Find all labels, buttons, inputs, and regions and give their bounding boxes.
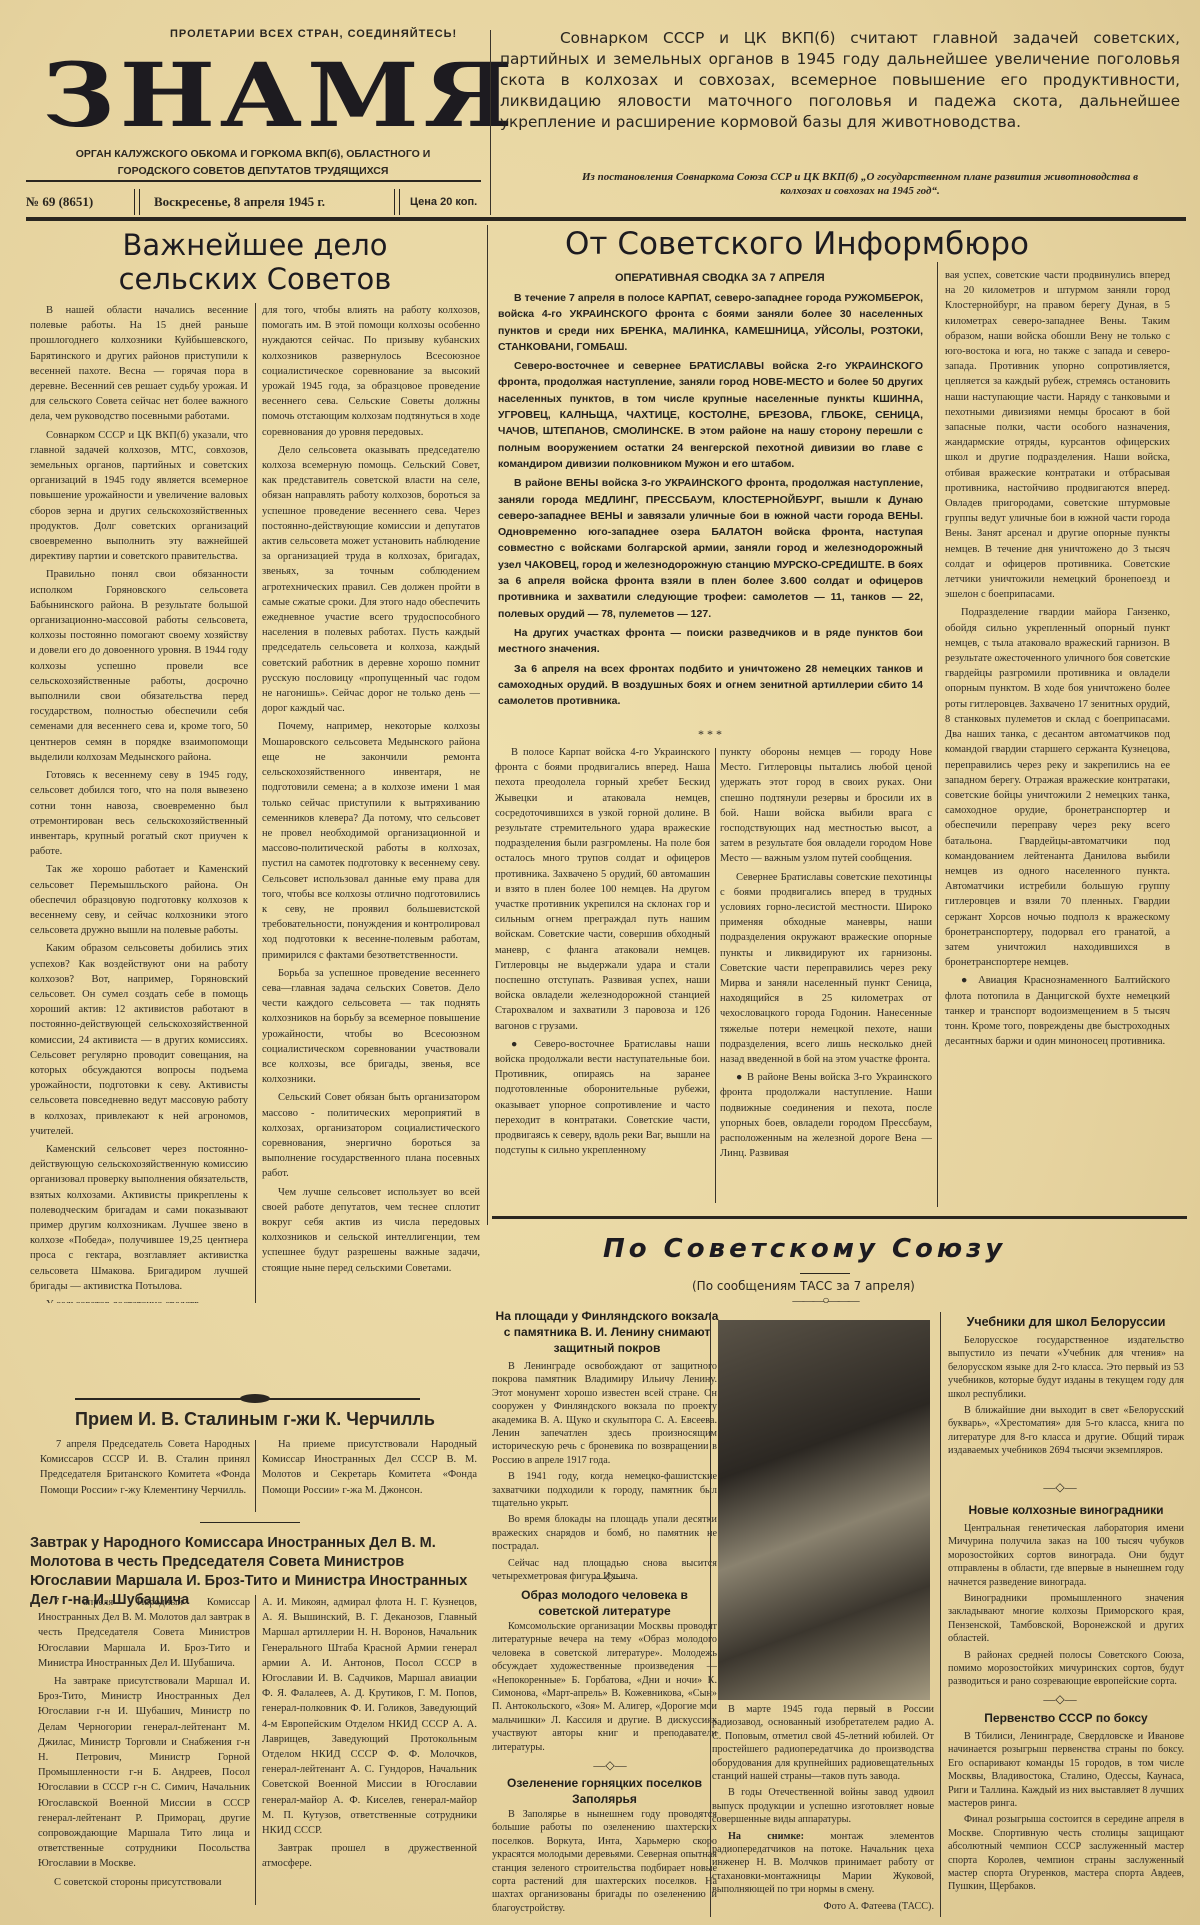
- paragraph: У сельсоветов достаточно средств: [30, 1297, 248, 1303]
- masthead-motto: ПРОЛЕТАРИИ ВСЕХ СТРАН, СОЕДИНЯЙТЕСЬ!: [170, 28, 457, 40]
- divider: [134, 189, 140, 215]
- paragraph: Каменский сельсовет через постоянно-дейс…: [30, 1142, 248, 1294]
- paragraph: В марте 1945 года первый в России радиоз…: [712, 1703, 934, 1783]
- editorial-title-line2: сельских Советов: [119, 262, 392, 296]
- youth-literature-text: Комсомольские организации Москвы проводя…: [492, 1620, 717, 1757]
- paragraph: Почему, например, некоторые колхозы Моша…: [262, 719, 480, 962]
- paragraph: В Заполярье в нынешнем году проводятся б…: [492, 1808, 717, 1915]
- arctic-greening-title: Озеленение горняцких поселков Заполярья: [492, 1775, 717, 1807]
- sovinformburo-col3: вая успех, советские части продвинулись …: [945, 268, 1170, 1208]
- soviet-union-section-title: По Советскому Союзу: [603, 1234, 1006, 1264]
- caption-label: На снимке:: [728, 1831, 804, 1842]
- separator-stars: * * *: [680, 727, 740, 742]
- paragraph: В 1941 году, когда немецко-фашистские за…: [492, 1470, 717, 1510]
- paragraph: В нашей области начались весенние полевы…: [30, 303, 248, 425]
- lead-quote: Совнарком СССР и ЦК ВКП(б) считают главн…: [500, 28, 1180, 133]
- short-rule: [200, 1522, 300, 1523]
- column-divider: [710, 1312, 711, 1917]
- stalin-reception-title: Прием И. В. Сталиным г-жи К. Черчилль: [30, 1408, 480, 1430]
- arctic-greening-text: В Заполярье в нынешнем году проводятся б…: [492, 1808, 717, 1918]
- paragraph: пункту обороны немцев — городу Нове Мест…: [720, 745, 932, 867]
- sovinformburo-col1: В полосе Карпат войска 4-го Украинского …: [495, 745, 710, 1205]
- sovinformburo-title: От Советского Информбюро: [565, 226, 1029, 262]
- section-divider: [487, 225, 488, 1225]
- column-divider: [255, 1595, 256, 1905]
- paragraph: Во время блокады на площадь упали десятк…: [492, 1513, 717, 1553]
- paragraph: Северо-восточнее и севернее БРАТИСЛАВЫ в…: [498, 358, 923, 472]
- paragraph: В районах средней полосы Советского Союз…: [948, 1649, 1184, 1689]
- paragraph: Готовясь к весеннему севу в 1945 году, с…: [30, 768, 248, 859]
- radio-factory-text: В марте 1945 года первый в России радиоз…: [712, 1703, 934, 1916]
- masthead-organ: ОРГАН КАЛУЖСКОГО ОБКОМА И ГОРКОМА ВКП(б)…: [58, 146, 448, 180]
- paragraph: А. И. Микоян, адмирал флота Н. Г. Кузнец…: [262, 1595, 477, 1838]
- paragraph: Севернее Братиславы советские пехотинцы …: [720, 870, 932, 1068]
- sovinformburo-summary: В течение 7 апреля в полосе КАРПАТ, севе…: [498, 290, 923, 712]
- paragraph: Так же хорошо работает и Каменский сельс…: [30, 862, 248, 938]
- column-divider: [255, 1440, 256, 1512]
- vineyards-title: Новые колхозные виноградники: [946, 1502, 1186, 1518]
- paragraph: ● В районе Вены войска 3-го Украинского …: [720, 1070, 932, 1161]
- paragraph: В течение 7 апреля в полосе КАРПАТ, севе…: [498, 290, 923, 355]
- issue-info-row: № 69 (8651) Воскресенье, 8 апреля 1945 г…: [26, 186, 481, 218]
- textbooks-title: Учебники для школ Белоруссии: [946, 1314, 1186, 1330]
- paragraph: Борьба за успешное проведение весеннего …: [262, 966, 480, 1088]
- paragraph: Виноградники промышленного значения закл…: [948, 1592, 1184, 1646]
- paragraph: Сельский Совет обязан быть организатором…: [262, 1090, 480, 1181]
- stalin-reception-col2: На приеме присутствовали Народный Комисс…: [262, 1437, 477, 1501]
- ornament-icon: —◇—: [580, 1570, 640, 1585]
- lenin-monument-text: В Ленинграде освобождают от защитного по…: [492, 1360, 717, 1587]
- editorial-title: Важнейшее дело сельских Советов: [95, 228, 415, 296]
- boxing-title: Первенство СССР по боксу: [946, 1710, 1186, 1726]
- column-divider: [255, 303, 256, 1303]
- paragraph: 7 апреля Председатель Совета Народных Ко…: [40, 1437, 250, 1498]
- paragraph: В годы Отечественной войны завод удвоил …: [712, 1786, 934, 1826]
- paragraph: Чем лучше сельсовет использует во всей с…: [262, 1185, 480, 1276]
- column-divider: [715, 748, 716, 1203]
- paragraph: вая успех, советские части продвинулись …: [945, 268, 1170, 602]
- paragraph: За 6 апреля на всех фронтах подбито и ун…: [498, 661, 923, 710]
- paragraph: На приеме присутствовали Народный Комисс…: [262, 1437, 477, 1498]
- paragraph: В Тбилиси, Ленинграде, Свердловске и Ива…: [948, 1730, 1184, 1810]
- paragraph: Каким образом сельсоветы добились этих у…: [30, 941, 248, 1139]
- youth-literature-title: Образ молодого человека в советской лите…: [492, 1587, 717, 1619]
- ornament-icon: —◇—: [580, 1758, 640, 1773]
- paragraph: В ближайшие дни выходит в свет «Белорусс…: [948, 1404, 1184, 1458]
- newspaper-page: ПРОЛЕТАРИИ ВСЕХ СТРАН, СОЕДИНЯЙТЕСЬ! ЗНА…: [0, 0, 1200, 1925]
- masthead-rule: [26, 180, 481, 182]
- paragraph: ● Северо-восточнее Братиславы наши войск…: [495, 1037, 710, 1159]
- editorial-column-2: для того, чтобы влиять на работу колхозо…: [262, 303, 480, 1303]
- paragraph: Совнарком СССР и ЦК ВКП(б) указали, что …: [30, 428, 248, 565]
- ornament-icon: [240, 1394, 270, 1403]
- divider: [394, 189, 400, 215]
- paragraph: На завтраке присутствовали Маршал И. Бро…: [38, 1674, 250, 1872]
- vineyards-text: Центральная генетическая лаборатория име…: [948, 1522, 1184, 1692]
- paragraph: На других участках фронта — поиски разве…: [498, 625, 923, 658]
- column-divider: [937, 262, 938, 1207]
- issue-price: Цена 20 коп.: [410, 196, 477, 208]
- molotov-breakfast-col1: 7 апреля Народный Комиссар Иностранных Д…: [38, 1595, 250, 1917]
- boxing-text: В Тбилиси, Ленинграде, Свердловске и Ива…: [948, 1730, 1184, 1920]
- column-divider: [940, 1312, 941, 1917]
- top-heavy-rule: [26, 217, 1186, 221]
- paragraph: Подразделение гвардии майора Ганзенко, о…: [945, 605, 1170, 970]
- paragraph: С советской стороны присутствовали: [38, 1875, 250, 1890]
- paragraph: Дело сельсовета оказывать председателю к…: [262, 443, 480, 717]
- issue-number: № 69 (8651): [26, 194, 134, 210]
- paragraph: ● Авиация Краснознаменного Балтийского ф…: [945, 973, 1170, 1049]
- paragraph: Финал розыгрыша состоится в середине апр…: [948, 1813, 1184, 1893]
- paragraph: Комсомольские организации Москвы проводя…: [492, 1620, 717, 1754]
- editorial-title-line1: Важнейшее дело: [122, 228, 387, 262]
- sovinformburo-subtitle: ОПЕРАТИВНАЯ СВОДКА ЗА 7 АПРЕЛЯ: [615, 270, 825, 286]
- radio-factory-photo: [718, 1320, 930, 1700]
- masthead-divider: [490, 30, 491, 215]
- lead-quote-source: Из постановления Совнаркома Союза ССР и …: [560, 170, 1160, 198]
- issue-date: Воскресенье, 8 апреля 1945 г.: [154, 194, 394, 210]
- paragraph: для того, чтобы влиять на работу колхозо…: [262, 303, 480, 440]
- paragraph: В районе ВЕНЫ войска 3-го УКРАИНСКОГО фр…: [498, 475, 923, 622]
- sovinformburo-col2: пункту обороны немцев — городу Нове Мест…: [720, 745, 932, 1205]
- paragraph: Белорусское государственное издательство…: [948, 1334, 1184, 1401]
- paragraph: Завтрак прошел в дружественной атмосфере…: [262, 1841, 477, 1871]
- editorial-column-1: В нашей области начались весенние полевы…: [30, 303, 248, 1303]
- section-rule: [492, 1216, 1187, 1219]
- paragraph: В Ленинграде освобождают от защитного по…: [492, 1360, 717, 1467]
- paragraph: В полосе Карпат войска 4-го Украинского …: [495, 745, 710, 1034]
- short-rule: [800, 1273, 850, 1274]
- textbooks-text: Белорусское государственное издательство…: [948, 1334, 1184, 1461]
- stalin-reception-col1: 7 апреля Председатель Совета Народных Ко…: [40, 1437, 250, 1501]
- paragraph: 7 апреля Народный Комиссар Иностранных Д…: [38, 1595, 250, 1671]
- photo-credit: Фото А. Фатеева (ТАСС).: [712, 1900, 934, 1913]
- lenin-monument-title: На площади у Финляндского вокзала с памя…: [492, 1308, 722, 1356]
- paragraph: Правильно понял свои обязанности исполко…: [30, 567, 248, 765]
- ornament-icon: —◇—: [1030, 1692, 1090, 1707]
- ornament-icon: ———○———: [770, 1293, 880, 1308]
- masthead-title: ЗНАМЯ: [42, 50, 517, 140]
- ornament-icon: —◇—: [1030, 1480, 1090, 1495]
- soviet-union-subtitle: (По сообщениям ТАСС за 7 апреля): [692, 1279, 915, 1293]
- molotov-breakfast-col2: А. И. Микоян, адмирал флота Н. Г. Кузнец…: [262, 1595, 477, 1917]
- paragraph: Центральная генетическая лаборатория име…: [948, 1522, 1184, 1589]
- photo-caption: На снимке: монтаж элементов радиопередат…: [712, 1830, 934, 1897]
